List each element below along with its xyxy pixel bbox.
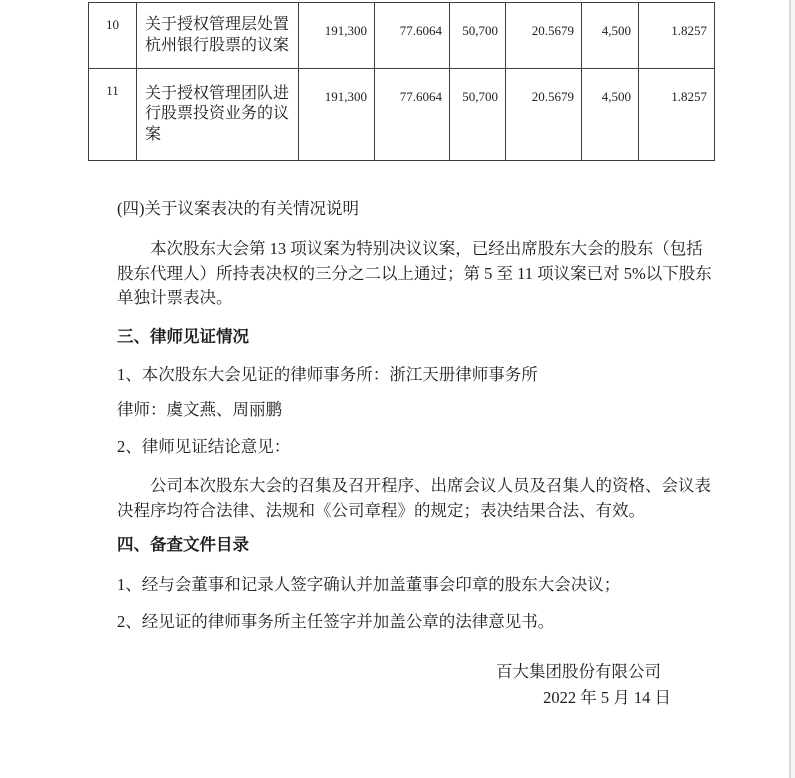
row-number-cell: 11 (89, 69, 137, 161)
table-cell: 4,500 (582, 3, 639, 69)
table-cell: 20.5679 (506, 69, 582, 161)
vote-results-table: 10 关于授权管理层处置杭州银行股票的议案 191,300 77.6064 50… (88, 2, 715, 161)
table-cell: 77.6064 (375, 3, 450, 69)
file-item-2: 2、经见证的律师事务所主任签字并加盖公章的法律意见书。 (117, 612, 554, 632)
table-cell: 50,700 (450, 3, 506, 69)
table-cell: 1.8257 (639, 69, 715, 161)
table-cell: 50,700 (450, 69, 506, 161)
table-cell: 191,300 (299, 3, 375, 69)
lawyer-section-heading: 三、律师见证情况 (117, 327, 249, 347)
table-cell: 4,500 (582, 69, 639, 161)
table-cell: 191,300 (299, 69, 375, 161)
table-cell: 77.6064 (375, 69, 450, 161)
lawyer-firm-line: 1、本次股东大会见证的律师事务所：浙江天册律师事务所 (117, 365, 538, 385)
note-section-heading: (四)关于议案表决的有关情况说明 (117, 199, 359, 219)
file-item-1: 1、经与会董事和记录人签字确认并加盖董事会印章的股东大会决议； (117, 575, 620, 595)
opinion-heading: 2、律师见证结论意见： (117, 437, 290, 457)
proposal-title-cell: 关于授权管理团队进行股票投资业务的议案 (137, 69, 299, 161)
table-row: 10 关于授权管理层处置杭州银行股票的议案 191,300 77.6064 50… (89, 3, 715, 69)
table-cell: 20.5679 (506, 3, 582, 69)
table-cell: 1.8257 (639, 3, 715, 69)
row-number-cell: 10 (89, 3, 137, 69)
signature-date: 2022 年 5 月 14 日 (543, 688, 671, 708)
note-paragraph: 本次股东大会第 13 项议案为特别决议议案，已经出席股东大会的股东（包括股东代理… (117, 237, 713, 311)
files-section-heading: 四、备查文件目录 (117, 535, 249, 555)
document-page: 10 关于授权管理层处置杭州银行股票的议案 191,300 77.6064 50… (0, 0, 789, 778)
scrollbar-track[interactable] (789, 0, 795, 778)
proposal-title-cell: 关于授权管理层处置杭州银行股票的议案 (137, 3, 299, 69)
opinion-paragraph: 公司本次股东大会的召集及召开程序、出席会议人员及召集人的资格、会议表决程序均符合… (117, 474, 713, 523)
table-row: 11 关于授权管理团队进行股票投资业务的议案 191,300 77.6064 5… (89, 69, 715, 161)
lawyers-line: 律师：虞文燕、周丽鹏 (117, 400, 282, 420)
company-signature: 百大集团股份有限公司 (496, 662, 661, 682)
